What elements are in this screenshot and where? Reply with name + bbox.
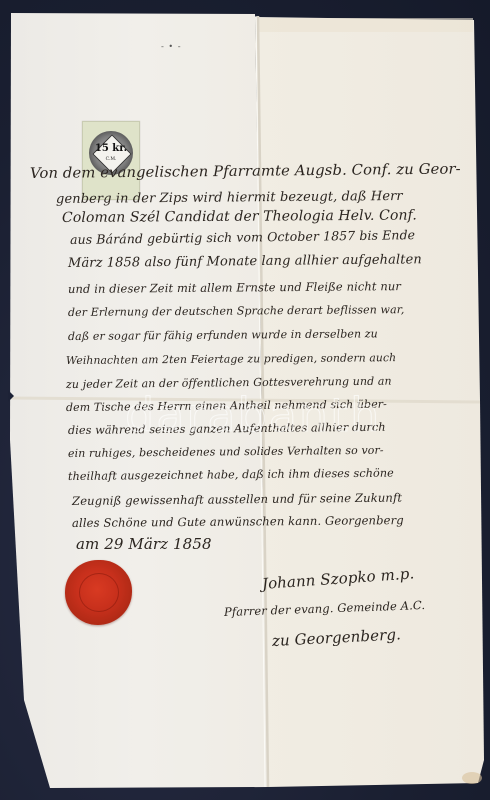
- document-line: daß er sogar für fähig erfunden wurde in…: [68, 327, 378, 343]
- document-date: am 29 März 1858: [76, 535, 212, 553]
- stamp-unit: C.M.: [89, 157, 133, 162]
- document-line: und in dieser Zeit mit allem Ernste und …: [68, 279, 401, 296]
- document-line: Coloman Szél Candidat der Theologia Helv…: [62, 208, 417, 226]
- document-line: genberg in der Zips wird hiermit bezeugt…: [56, 189, 403, 207]
- top-pencil-mark: - • -: [161, 42, 182, 51]
- document-photo: - • - 15 kr. C.M. Von dem evangelischen …: [0, 0, 490, 800]
- red-wax-seal-icon: [65, 560, 132, 625]
- document-line: alles Schöne und Gute anwünschen kann. G…: [72, 513, 404, 530]
- watermark: darabanth: [125, 388, 381, 442]
- stamp-value: 15 kr.: [89, 143, 133, 154]
- seal-impression: [79, 573, 119, 612]
- revenue-stamp: 15 kr. C.M.: [82, 121, 140, 200]
